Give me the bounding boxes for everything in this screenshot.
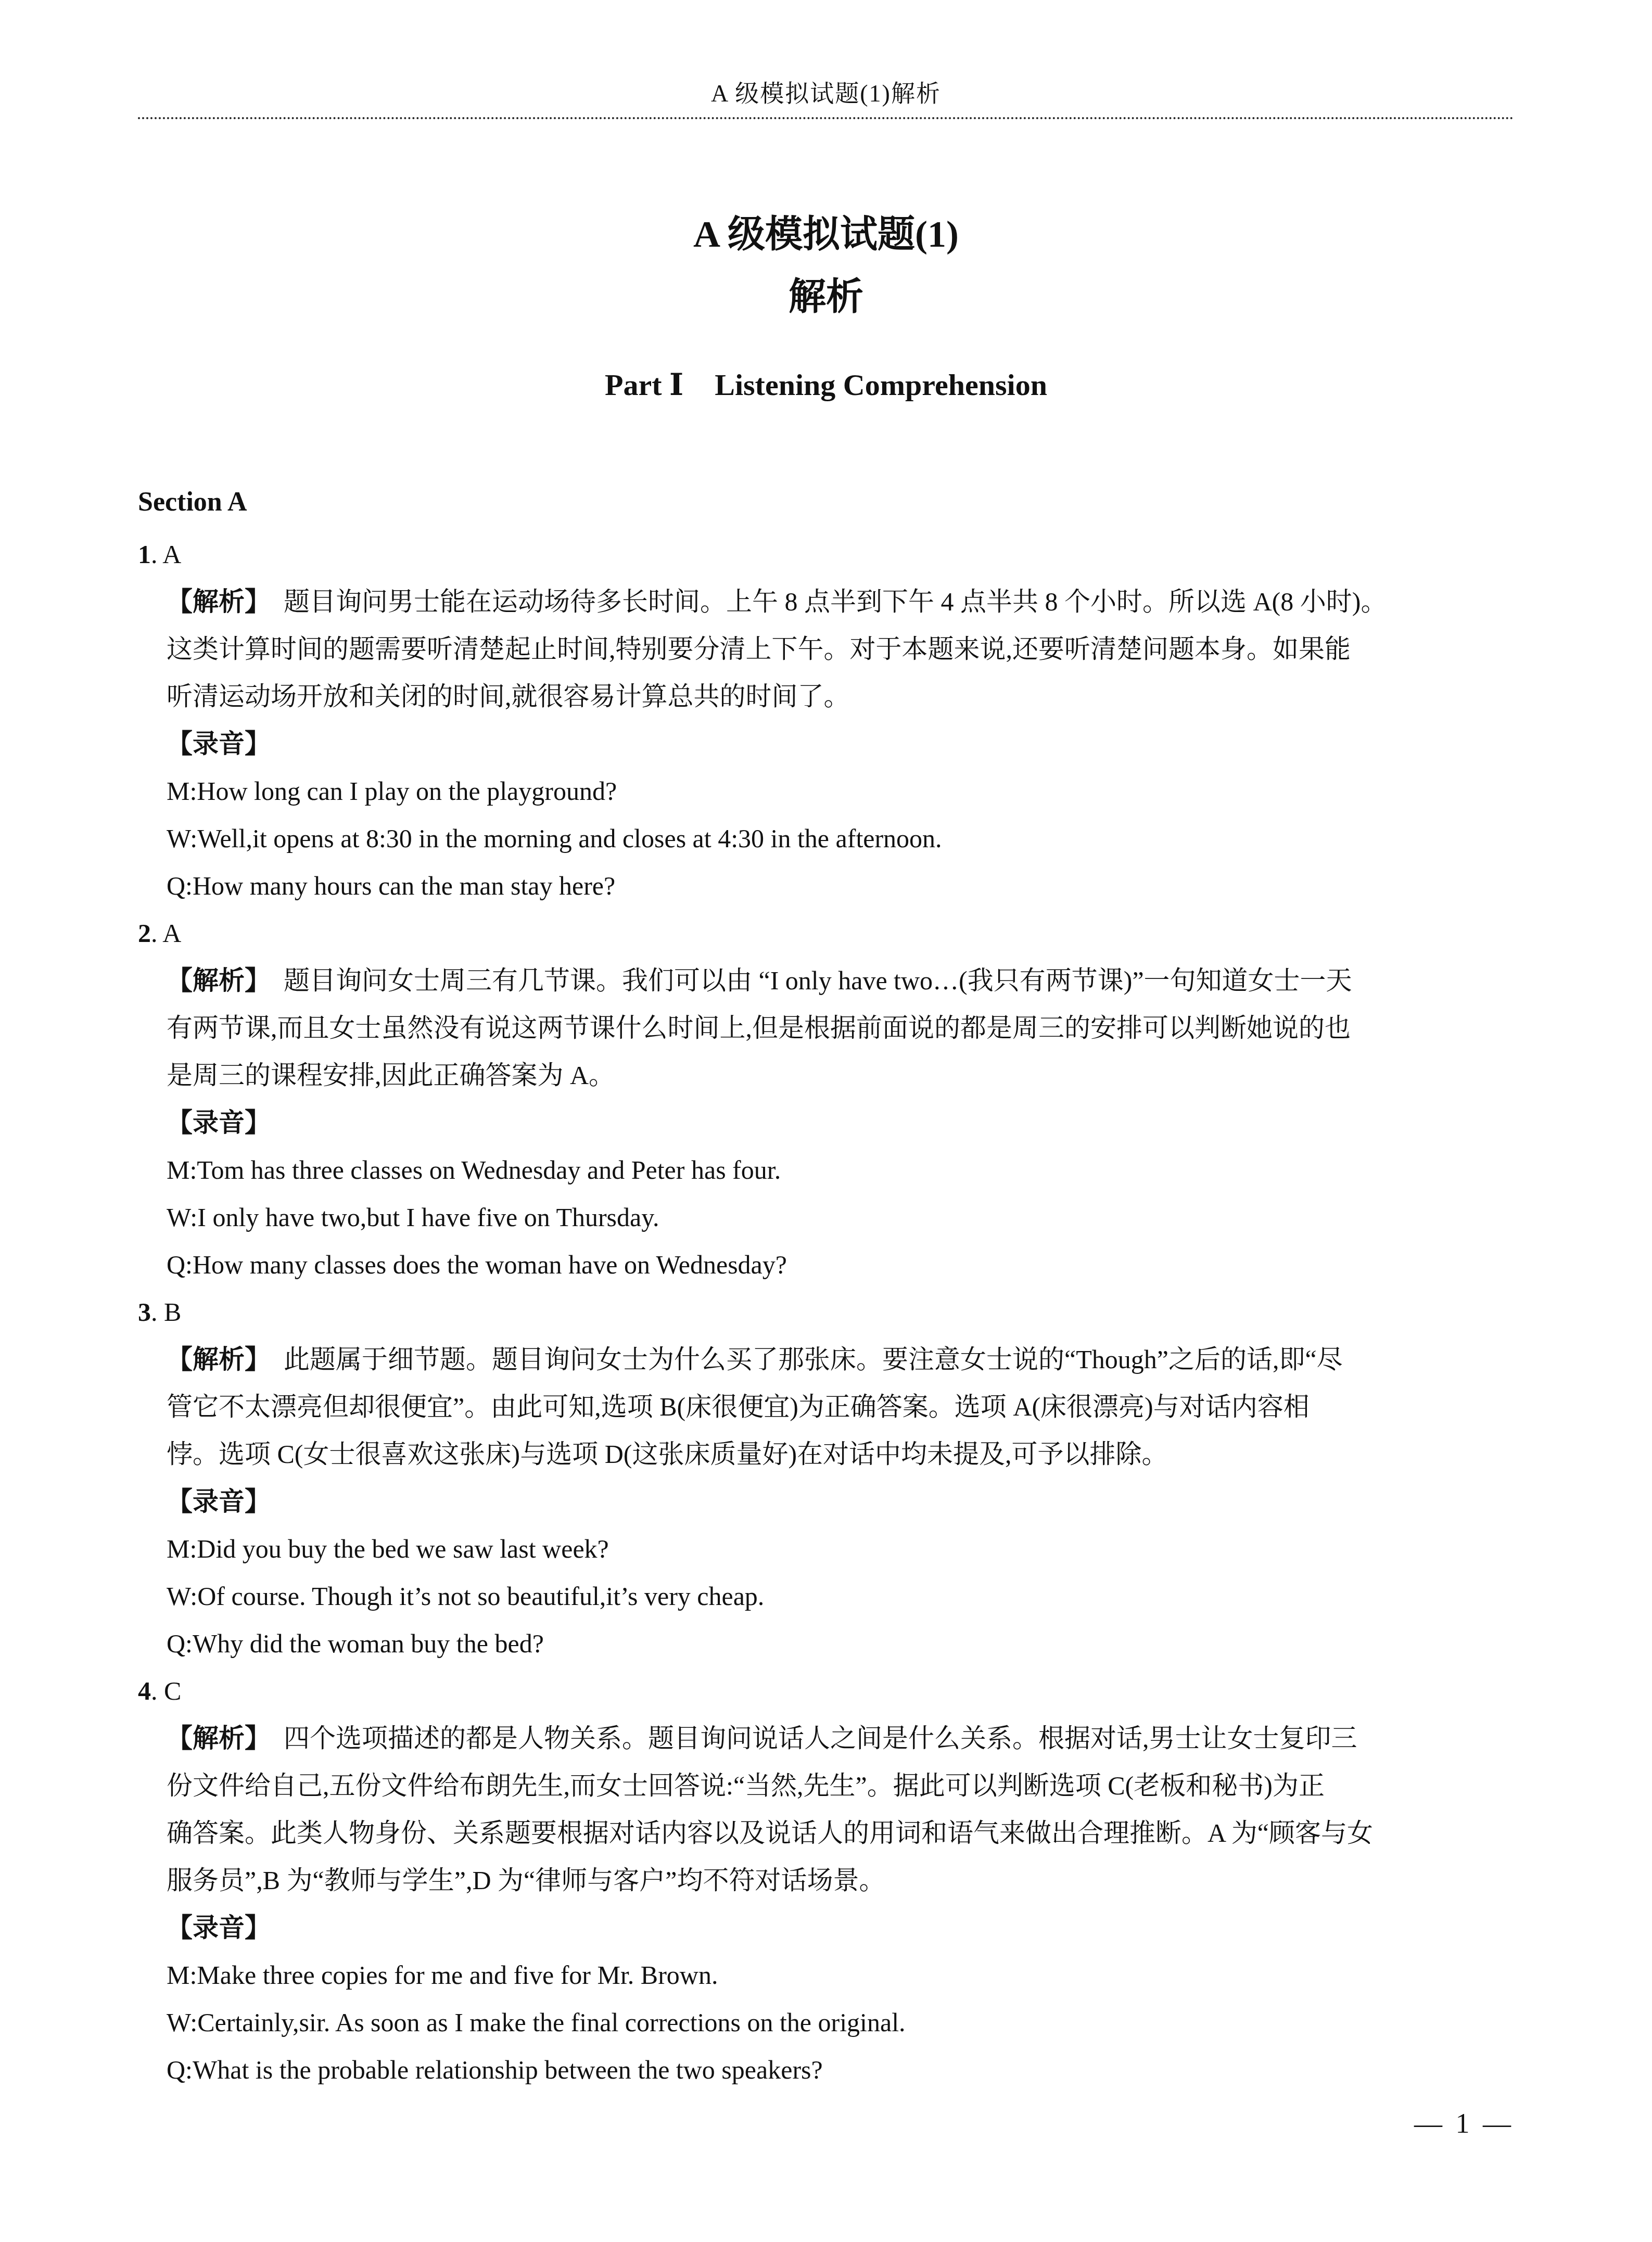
header-dotted-rule [138,117,1514,119]
question-block: 1. A 【解析】 题目询问男士能在运动场待多长时间。上午 8 点半到下午 4 … [138,531,1514,910]
recording-line: W:Certainly,sir. As soon as I make the f… [138,1999,1514,2046]
answer-letter: A [162,919,181,948]
part-label: Part Ⅰ [605,368,683,402]
recording-line: W:Of course. Though it’s not so beautifu… [138,1573,1514,1620]
question-block: 4. C 【解析】 四个选项描述的都是人物关系。题目询问说话人之间是什么关系。根… [138,1667,1514,2094]
recording-line: M:Tom has three classes on Wednesday and… [138,1147,1514,1194]
question-number: 3 [138,1297,151,1327]
question-answer: 3. B [138,1289,1514,1336]
analysis-text: 题目询问女士周三有几节课。我们可以由 “I only have two…(我只有… [284,966,1352,995]
analysis-tag: 【解析】 [167,1345,271,1374]
question-number: 1 [138,540,151,569]
question-block: 3. B 【解析】 此题属于细节题。题目询问女士为什么买了那张床。要注意女士说的… [138,1289,1514,1667]
recording-tag: 【录音】 [138,1904,1514,1952]
question-answer: 1. A [138,531,1514,578]
question-number: 2 [138,919,151,948]
analysis-line: 这类计算时间的题需要听清楚起止时间,特别要分清上下午。对于本题来说,还要听清楚问… [138,626,1514,673]
recording-line: W:I only have two,but I have five on Thu… [138,1194,1514,1241]
running-header: A 级模拟试题(1)解析 [138,78,1514,109]
recording-tag: 【录音】 [138,1099,1514,1147]
page-number: — 1 — [1414,2105,1514,2142]
recording-line: M:How long can I play on the playground? [138,768,1514,815]
analysis-text: 题目询问男士能在运动场待多长时间。上午 8 点半到下午 4 点半共 8 个小时。… [284,587,1387,616]
recording-line: Q:What is the probable relationship betw… [138,2046,1514,2094]
analysis-text: 此题属于细节题。题目询问女士为什么买了那张床。要注意女士说的“Though”之后… [284,1345,1343,1374]
analysis-text: 四个选项描述的都是人物关系。题目询问说话人之间是什么关系。根据对话,男士让女士复… [284,1724,1357,1753]
recording-line: W:Well,it opens at 8:30 in the morning a… [138,815,1514,862]
analysis-tag: 【解析】 [167,587,271,616]
analysis-line: 管它不太漂亮但却很便宜”。由此可知,选项 B(床很便宜)为正确答案。选项 A(床… [138,1383,1514,1431]
analysis-line: 【解析】 四个选项描述的都是人物关系。题目询问说话人之间是什么关系。根据对话,男… [138,1715,1514,1762]
analysis-line: 悖。选项 C(女士很喜欢这张床)与选项 D(这张床质量好)在对话中均未提及,可予… [138,1431,1514,1478]
question-answer: 2. A [138,910,1514,957]
recording-line: Q:Why did the woman buy the bed? [138,1620,1514,1667]
analysis-line: 份文件给自己,五份文件给布朗先生,而女士回答说:“当然,先生”。据此可以判断选项… [138,1762,1514,1810]
recording-line: Q:How many classes does the woman have o… [138,1241,1514,1289]
recording-tag: 【录音】 [138,1478,1514,1525]
recording-tag: 【录音】 [138,720,1514,768]
answer-letter: C [164,1676,181,1705]
analysis-line: 确答案。此类人物身份、关系题要根据对话内容以及说话人的用词和语气来做出合理推断。… [138,1810,1514,1857]
analysis-tag: 【解析】 [167,1724,271,1753]
answer-letter: B [164,1297,181,1327]
page-title: A 级模拟试题(1) [0,208,1652,260]
recording-line: M:Did you buy the bed we saw last week? [138,1525,1514,1573]
analysis-line: 【解析】 题目询问女士周三有几节课。我们可以由 “I only have two… [138,957,1514,1004]
question-block: 2. A 【解析】 题目询问女士周三有几节课。我们可以由 “I only hav… [138,910,1514,1289]
question-number: 4 [138,1676,151,1705]
question-answer: 4. C [138,1667,1514,1715]
answer-letter: A [162,540,181,569]
analysis-line: 有两节课,而且女士虽然没有说这两节课什么时间上,但是根据前面说的都是周三的安排可… [138,1004,1514,1052]
analysis-line: 听清运动场开放和关闭的时间,就很容易计算总共的时间了。 [138,673,1514,720]
recording-line: M:Make three copies for me and five for … [138,1952,1514,1999]
section-title: Section A [138,484,1514,520]
analysis-tag: 【解析】 [167,966,271,995]
analysis-line: 是周三的课程安排,因此正确答案为 A。 [138,1052,1514,1099]
document-body: Section A 1. A 【解析】 题目询问男士能在运动场待多长时间。上午 … [138,484,1514,2094]
part-heading: Part ⅠListening Comprehension [0,364,1652,406]
analysis-line: 【解析】 题目询问男士能在运动场待多长时间。上午 8 点半到下午 4 点半共 8… [138,578,1514,626]
analysis-line: 服务员”,B 为“教师与学生”,D 为“律师与客户”均不符对话场景。 [138,1857,1514,1904]
analysis-line: 【解析】 此题属于细节题。题目询问女士为什么买了那张床。要注意女士说的“Thou… [138,1336,1514,1383]
page-subtitle: 解析 [0,271,1652,323]
recording-line: Q:How many hours can the man stay here? [138,862,1514,910]
part-name: Listening Comprehension [715,368,1047,402]
